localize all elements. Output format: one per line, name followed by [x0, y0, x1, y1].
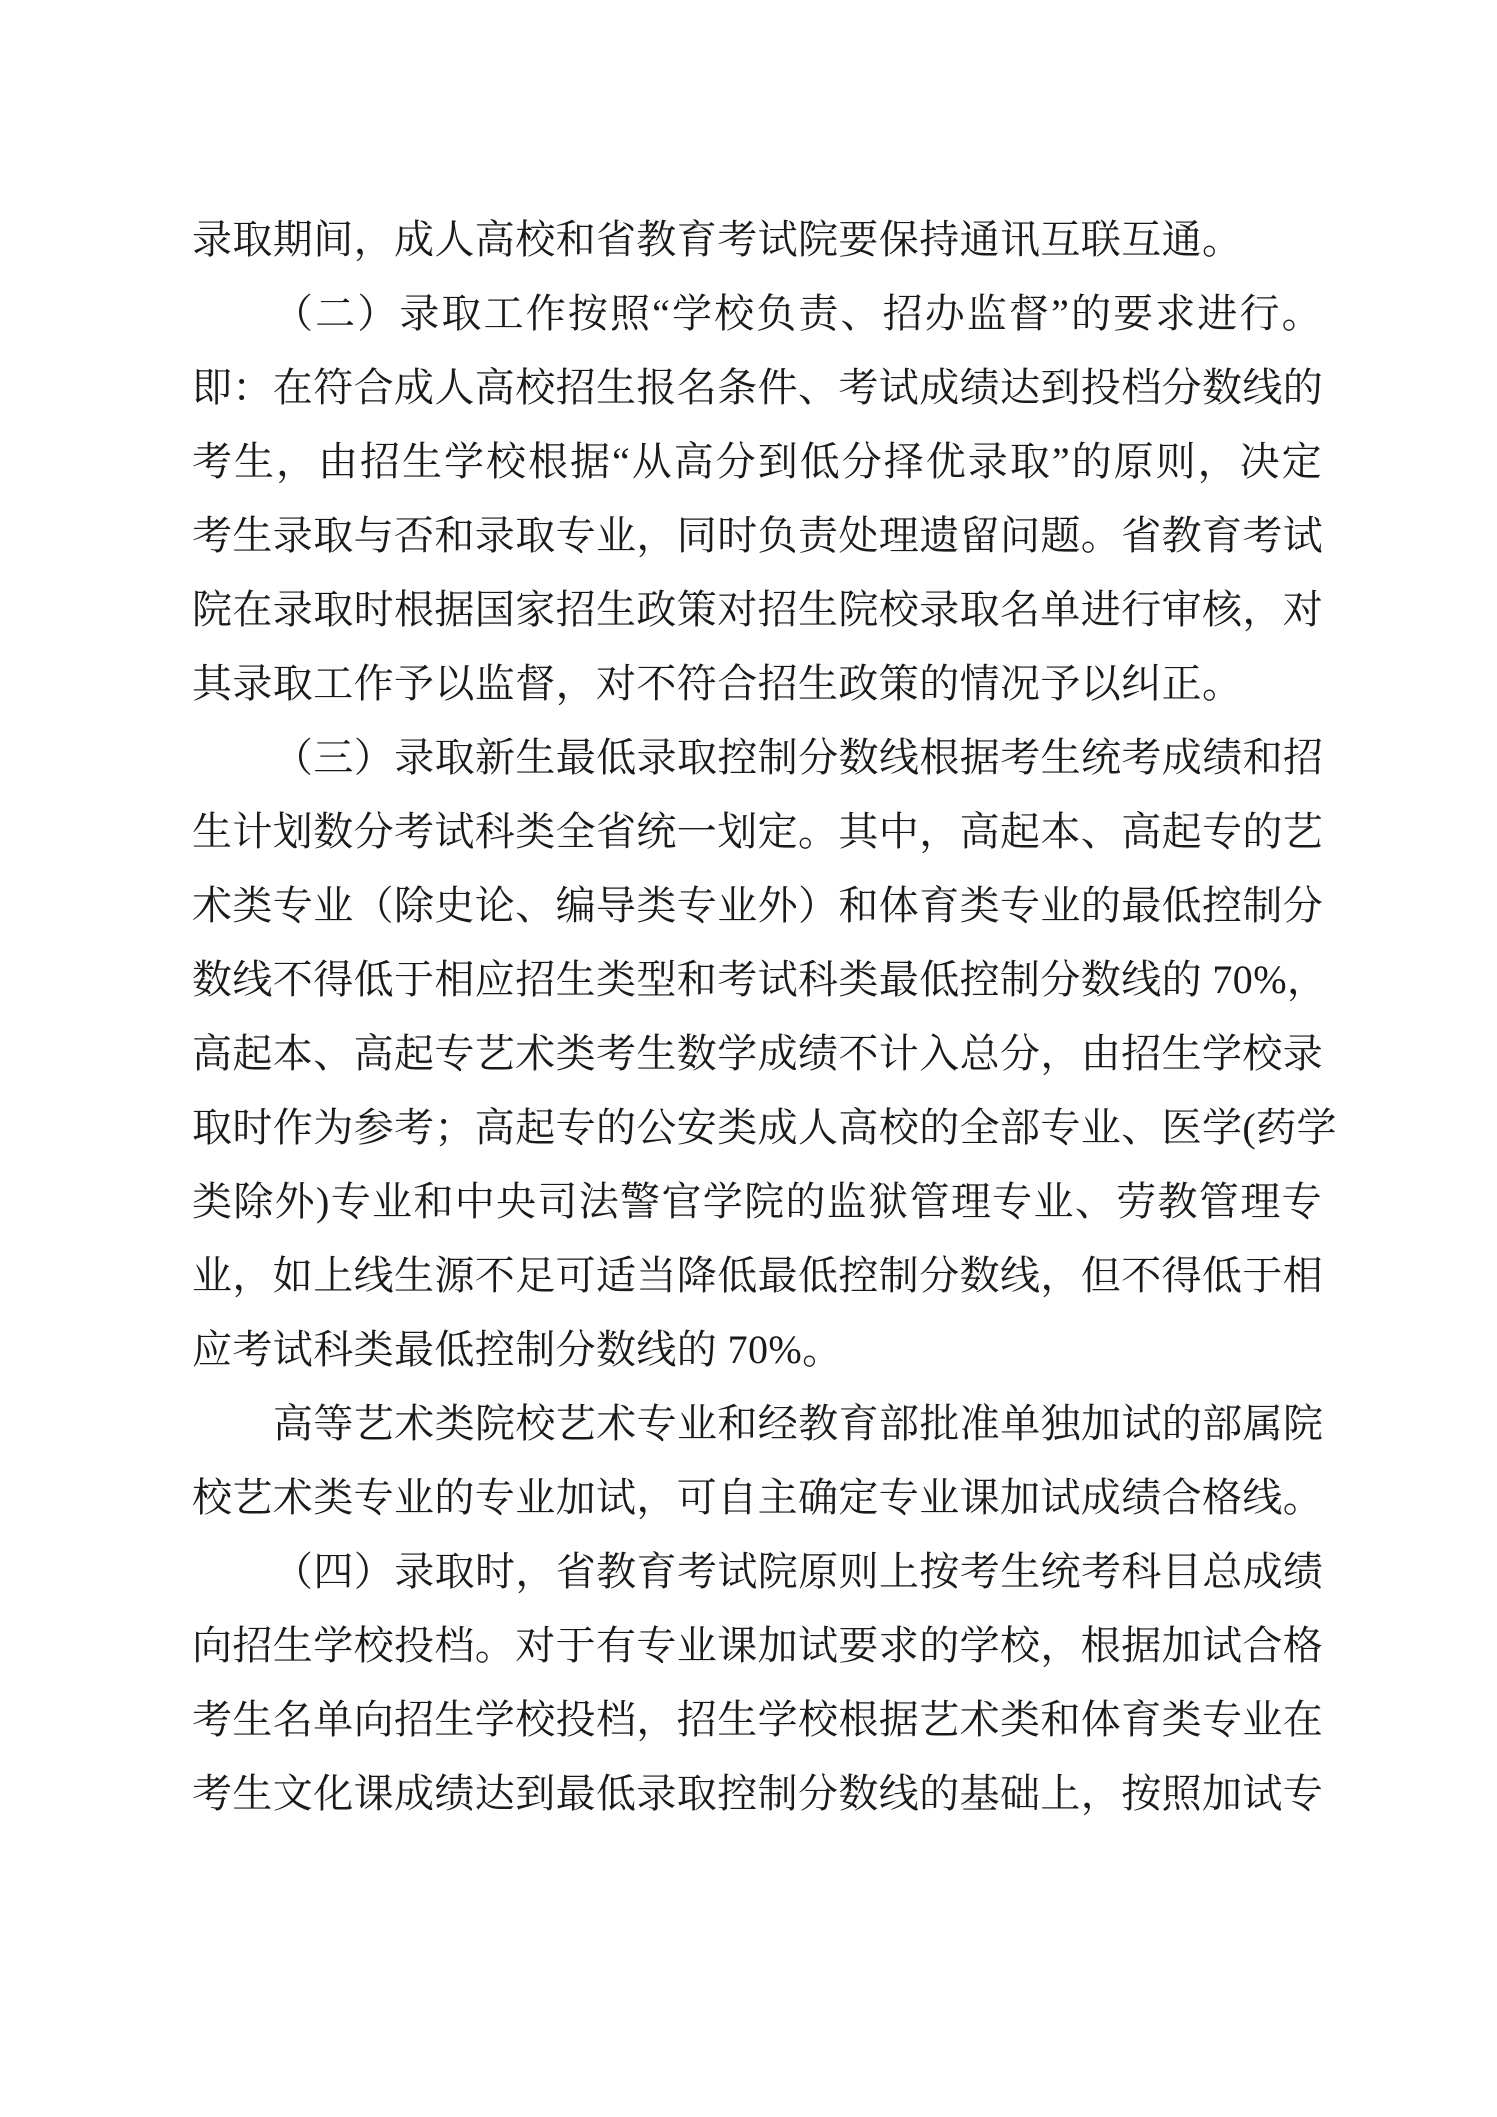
text-line: 类除外)专业和中央司法警官学院的监狱管理专业、劳教管理专	[192, 1165, 1322, 1239]
text-line: 考生文化课成绩达到最低录取控制分数线的基础上，按照加试专	[192, 1757, 1322, 1831]
text-line: 数线不得低于相应招生类型和考试科类最低控制分数线的 70%，	[192, 943, 1322, 1017]
paragraph-art-school-paragraph: 高等艺术类院校艺术专业和经教育部批准单独加试的部属院校艺术类专业的专业加试，可自…	[192, 1387, 1322, 1535]
text-line: 考生，由招生学校根据“从高分到低分择优录取”的原则，决定	[192, 425, 1322, 499]
text-line: （三）录取新生最低录取控制分数线根据考生统考成绩和招	[192, 721, 1322, 795]
text-line: 校艺术类专业的专业加试，可自主确定专业课加试成绩合格线。	[192, 1461, 1322, 1535]
text-line: 术类专业（除史论、编导类专业外）和体育类专业的最低控制分	[192, 869, 1322, 943]
text-line: 向招生学校投档。对于有专业课加试要求的学校，根据加试合格	[192, 1609, 1322, 1683]
text-line: 应考试科类最低控制分数线的 70%。	[192, 1313, 1322, 1387]
text-line: 高等艺术类院校艺术专业和经教育部批准单独加试的部属院	[192, 1387, 1322, 1461]
paragraph-continuation-paragraph: 录取期间，成人高校和省教育考试院要保持通讯互联互通。	[192, 203, 1322, 277]
text-line: （二）录取工作按照“学校负责、招办监督”的要求进行。	[192, 277, 1322, 351]
text-line: 考生名单向招生学校投档，招生学校根据艺术类和体育类专业在	[192, 1683, 1322, 1757]
text-line: 其录取工作予以监督，对不符合招生政策的情况予以纠正。	[192, 647, 1322, 721]
text-line: 业，如上线生源不足可适当降低最低控制分数线，但不得低于相	[192, 1239, 1322, 1313]
text-line: 录取期间，成人高校和省教育考试院要保持通讯互联互通。	[192, 203, 1322, 277]
paragraph-item-4-paragraph: （四）录取时，省教育考试院原则上按考生统考科目总成绩向招生学校投档。对于有专业课…	[192, 1535, 1322, 1831]
text-line: 院在录取时根据国家招生政策对招生院校录取名单进行审核，对	[192, 573, 1322, 647]
document-page: 录取期间，成人高校和省教育考试院要保持通讯互联互通。（二）录取工作按照“学校负责…	[0, 0, 1497, 2117]
text-line: 取时作为参考；高起专的公安类成人高校的全部专业、医学(药学	[192, 1091, 1322, 1165]
paragraph-item-3-paragraph: （三）录取新生最低录取控制分数线根据考生统考成绩和招生计划数分考试科类全省统一划…	[192, 721, 1322, 1387]
text-line: 高起本、高起专艺术类考生数学成绩不计入总分，由招生学校录	[192, 1017, 1322, 1091]
text-line: 生计划数分考试科类全省统一划定。其中，高起本、高起专的艺	[192, 795, 1322, 869]
paragraph-item-2-paragraph: （二）录取工作按照“学校负责、招办监督”的要求进行。即：在符合成人高校招生报名条…	[192, 277, 1322, 721]
text-line: （四）录取时，省教育考试院原则上按考生统考科目总成绩	[192, 1535, 1322, 1609]
text-line: 即：在符合成人高校招生报名条件、考试成绩达到投档分数线的	[192, 351, 1322, 425]
document-body: 录取期间，成人高校和省教育考试院要保持通讯互联互通。（二）录取工作按照“学校负责…	[192, 203, 1322, 1831]
text-line: 考生录取与否和录取专业，同时负责处理遗留问题。省教育考试	[192, 499, 1322, 573]
